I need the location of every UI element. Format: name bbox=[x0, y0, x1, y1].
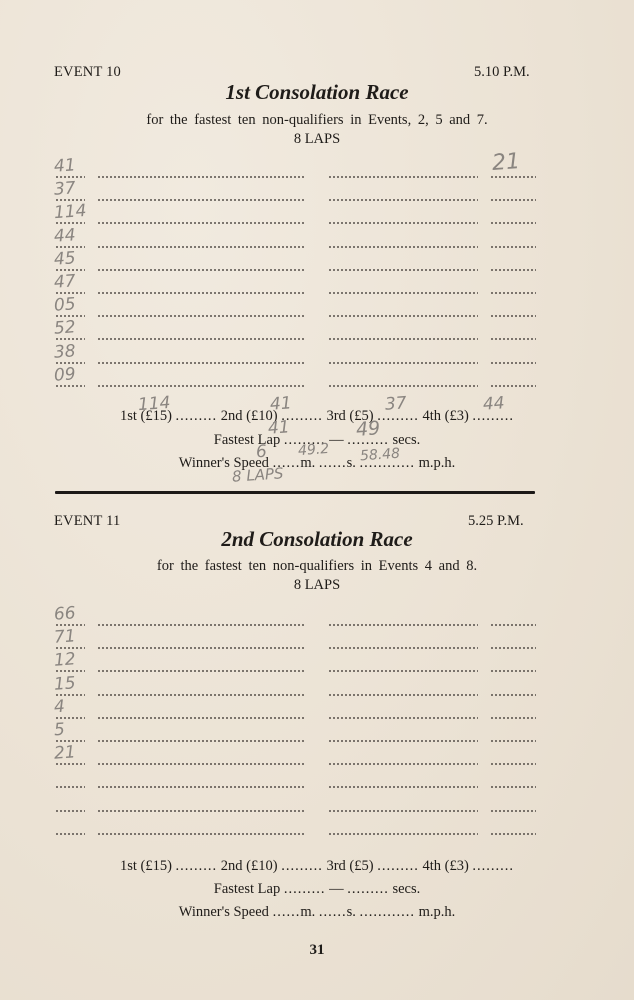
car-make-field[interactable] bbox=[328, 717, 478, 719]
handwritten-car-number: 12 bbox=[53, 650, 76, 671]
car-make-field[interactable] bbox=[328, 670, 478, 672]
time-field[interactable] bbox=[490, 176, 536, 178]
driver-name-field[interactable] bbox=[97, 246, 305, 248]
time-field[interactable] bbox=[490, 246, 536, 248]
car-make-field[interactable] bbox=[328, 222, 478, 224]
seconds-field[interactable]: ...... bbox=[319, 904, 347, 920]
car-make-field[interactable] bbox=[328, 176, 478, 178]
car-make-field[interactable] bbox=[328, 833, 478, 835]
time-field[interactable] bbox=[490, 269, 536, 271]
race-title: 2nd Consolation Race bbox=[0, 527, 634, 552]
handwritten-car-number: 4 bbox=[53, 696, 65, 717]
second-place-field[interactable]: ......... bbox=[281, 858, 323, 874]
event-time: 5.10 P.M. bbox=[474, 64, 530, 81]
second-place-label: 2nd (£10) bbox=[221, 858, 278, 874]
handwritten-fastest-time: 49 bbox=[355, 417, 381, 441]
time-field[interactable] bbox=[490, 670, 536, 672]
fastest-lap-line: Fastest Lap ......... — ......... secs. bbox=[0, 881, 634, 898]
fourth-place-label: 4th (£3) bbox=[422, 408, 468, 424]
handwritten-car-number: 41 bbox=[53, 155, 76, 176]
mph-unit: m.p.h. bbox=[419, 904, 456, 920]
handwritten-car-number: 44 bbox=[53, 225, 76, 246]
time-field[interactable] bbox=[490, 694, 536, 696]
driver-name-field[interactable] bbox=[97, 338, 305, 340]
first-place-field[interactable]: ......... bbox=[176, 408, 218, 424]
handwritten-car-number: 37 bbox=[53, 178, 76, 199]
fourth-place-field[interactable]: ......... bbox=[472, 858, 514, 874]
car-number-field[interactable] bbox=[55, 786, 85, 788]
car-make-field[interactable] bbox=[328, 694, 478, 696]
car-make-field[interactable] bbox=[328, 810, 478, 812]
time-field[interactable] bbox=[490, 717, 536, 719]
placings-line: 1st (£15) ......... 2nd (£10) ......... … bbox=[0, 408, 634, 425]
time-field[interactable] bbox=[490, 647, 536, 649]
handwritten-car-number: 09 bbox=[53, 364, 76, 385]
driver-name-field[interactable] bbox=[97, 624, 305, 626]
event-number: EVENT 10 bbox=[54, 64, 121, 81]
handwritten-car-number: 15 bbox=[53, 673, 76, 694]
car-make-field[interactable] bbox=[328, 362, 478, 364]
time-field[interactable] bbox=[490, 810, 536, 812]
driver-name-field[interactable] bbox=[97, 647, 305, 649]
third-place-field[interactable]: ......... bbox=[377, 858, 419, 874]
driver-name-field[interactable] bbox=[97, 763, 305, 765]
section-divider bbox=[55, 491, 535, 494]
handwritten-mph: 58.48 bbox=[359, 446, 400, 465]
fastest-lap-time-field[interactable]: ......... bbox=[347, 881, 389, 897]
handwritten-car-number: 5 bbox=[53, 720, 65, 741]
car-make-field[interactable] bbox=[328, 292, 478, 294]
time-field[interactable] bbox=[490, 763, 536, 765]
driver-name-field[interactable] bbox=[97, 670, 305, 672]
driver-name-field[interactable] bbox=[97, 362, 305, 364]
handwritten-car-number: 66 bbox=[53, 603, 76, 624]
handwritten-fastest-car: 41 bbox=[267, 417, 290, 438]
time-field[interactable] bbox=[490, 786, 536, 788]
race-laps: 8 LAPS bbox=[0, 577, 634, 594]
winners-speed-line: Winner's Speed ......m. ......s. .......… bbox=[0, 904, 634, 921]
fastest-lap-label: Fastest Lap bbox=[214, 881, 280, 897]
time-field[interactable] bbox=[490, 624, 536, 626]
race-laps: 8 LAPS bbox=[0, 131, 634, 148]
min-unit: m. bbox=[300, 904, 315, 920]
driver-name-field[interactable] bbox=[97, 315, 305, 317]
handwritten-car-number: 114 bbox=[53, 201, 87, 223]
handwritten-seconds: 49.2 bbox=[297, 441, 329, 459]
driver-name-field[interactable] bbox=[97, 199, 305, 201]
dash: — bbox=[329, 881, 344, 897]
placings-line: 1st (£15) ......... 2nd (£10) ......... … bbox=[0, 858, 634, 875]
time-field[interactable] bbox=[490, 385, 536, 387]
secs-unit: secs. bbox=[392, 881, 420, 897]
race-title: 1st Consolation Race bbox=[0, 80, 634, 105]
car-number-field[interactable] bbox=[55, 810, 85, 812]
mph-field[interactable]: ............ bbox=[360, 904, 416, 920]
sec-unit: s. bbox=[347, 455, 356, 471]
dash: — bbox=[329, 432, 344, 448]
driver-name-field[interactable] bbox=[97, 786, 305, 788]
first-place-label: 1st (£15) bbox=[120, 858, 172, 874]
car-make-field[interactable] bbox=[328, 246, 478, 248]
fourth-place-label: 4th (£3) bbox=[422, 858, 468, 874]
first-place-field[interactable]: ......... bbox=[176, 858, 218, 874]
handwritten-car-number: 05 bbox=[53, 294, 76, 315]
handwritten-minutes: 6 bbox=[255, 442, 267, 463]
time-field[interactable] bbox=[490, 362, 536, 364]
driver-name-field[interactable] bbox=[97, 269, 305, 271]
driver-name-field[interactable] bbox=[97, 385, 305, 387]
car-number-field[interactable] bbox=[55, 338, 85, 340]
handwritten-car-number: 47 bbox=[53, 271, 76, 292]
car-number-field[interactable] bbox=[55, 670, 85, 672]
sec-unit: s. bbox=[347, 904, 356, 920]
driver-name-field[interactable] bbox=[97, 810, 305, 812]
time-field[interactable] bbox=[490, 222, 536, 224]
time-field[interactable] bbox=[490, 833, 536, 835]
driver-name-field[interactable] bbox=[97, 717, 305, 719]
handwritten-first: 114 bbox=[137, 393, 171, 415]
seconds-field[interactable]: ...... bbox=[319, 455, 347, 471]
car-make-field[interactable] bbox=[328, 647, 478, 649]
time-field[interactable] bbox=[490, 740, 536, 742]
handwritten-laps-note: 8 LAPS bbox=[231, 464, 284, 486]
handwritten-car-number: 71 bbox=[53, 626, 76, 647]
car-make-field[interactable] bbox=[328, 199, 478, 201]
driver-name-field[interactable] bbox=[97, 740, 305, 742]
driver-name-field[interactable] bbox=[97, 833, 305, 835]
driver-name-field[interactable] bbox=[97, 176, 305, 178]
driver-name-field[interactable] bbox=[97, 292, 305, 294]
time-field[interactable] bbox=[490, 338, 536, 340]
car-make-field[interactable] bbox=[328, 786, 478, 788]
car-make-field[interactable] bbox=[328, 763, 478, 765]
minutes-field[interactable]: ...... bbox=[273, 904, 301, 920]
time-field[interactable] bbox=[490, 292, 536, 294]
car-make-field[interactable] bbox=[328, 385, 478, 387]
winners-speed-label: Winner's Speed bbox=[179, 904, 269, 920]
car-number-field[interactable] bbox=[55, 833, 85, 835]
car-number-field[interactable] bbox=[55, 763, 85, 765]
handwritten-car-number: 52 bbox=[53, 318, 76, 339]
race-subtitle: for the fastest ten non-qualifiers in Ev… bbox=[0, 112, 634, 129]
time-field[interactable] bbox=[490, 315, 536, 317]
handwritten-second: 41 bbox=[269, 393, 292, 414]
car-make-field[interactable] bbox=[328, 315, 478, 317]
page-number: 31 bbox=[0, 942, 634, 959]
handwritten-third: 37 bbox=[384, 393, 407, 414]
third-place-label: 3rd (£5) bbox=[326, 858, 373, 874]
race-subtitle: for the fastest ten non-qualifiers in Ev… bbox=[0, 558, 634, 575]
handwritten-car-number: 21 bbox=[53, 742, 76, 763]
car-make-field[interactable] bbox=[328, 269, 478, 271]
driver-name-field[interactable] bbox=[97, 694, 305, 696]
car-make-field[interactable] bbox=[328, 624, 478, 626]
handwritten-car-number: 38 bbox=[53, 341, 76, 362]
mph-unit: m.p.h. bbox=[419, 455, 456, 471]
car-make-field[interactable] bbox=[328, 338, 478, 340]
car-make-field[interactable] bbox=[328, 740, 478, 742]
time-field[interactable] bbox=[490, 199, 536, 201]
handwritten-note: 21 bbox=[491, 149, 521, 176]
handwritten-car-number: 45 bbox=[53, 248, 76, 269]
car-number-field[interactable] bbox=[55, 717, 85, 719]
fastest-lap-car-field[interactable]: ......... bbox=[284, 881, 326, 897]
driver-name-field[interactable] bbox=[97, 222, 305, 224]
handwritten-fourth: 44 bbox=[482, 393, 505, 414]
